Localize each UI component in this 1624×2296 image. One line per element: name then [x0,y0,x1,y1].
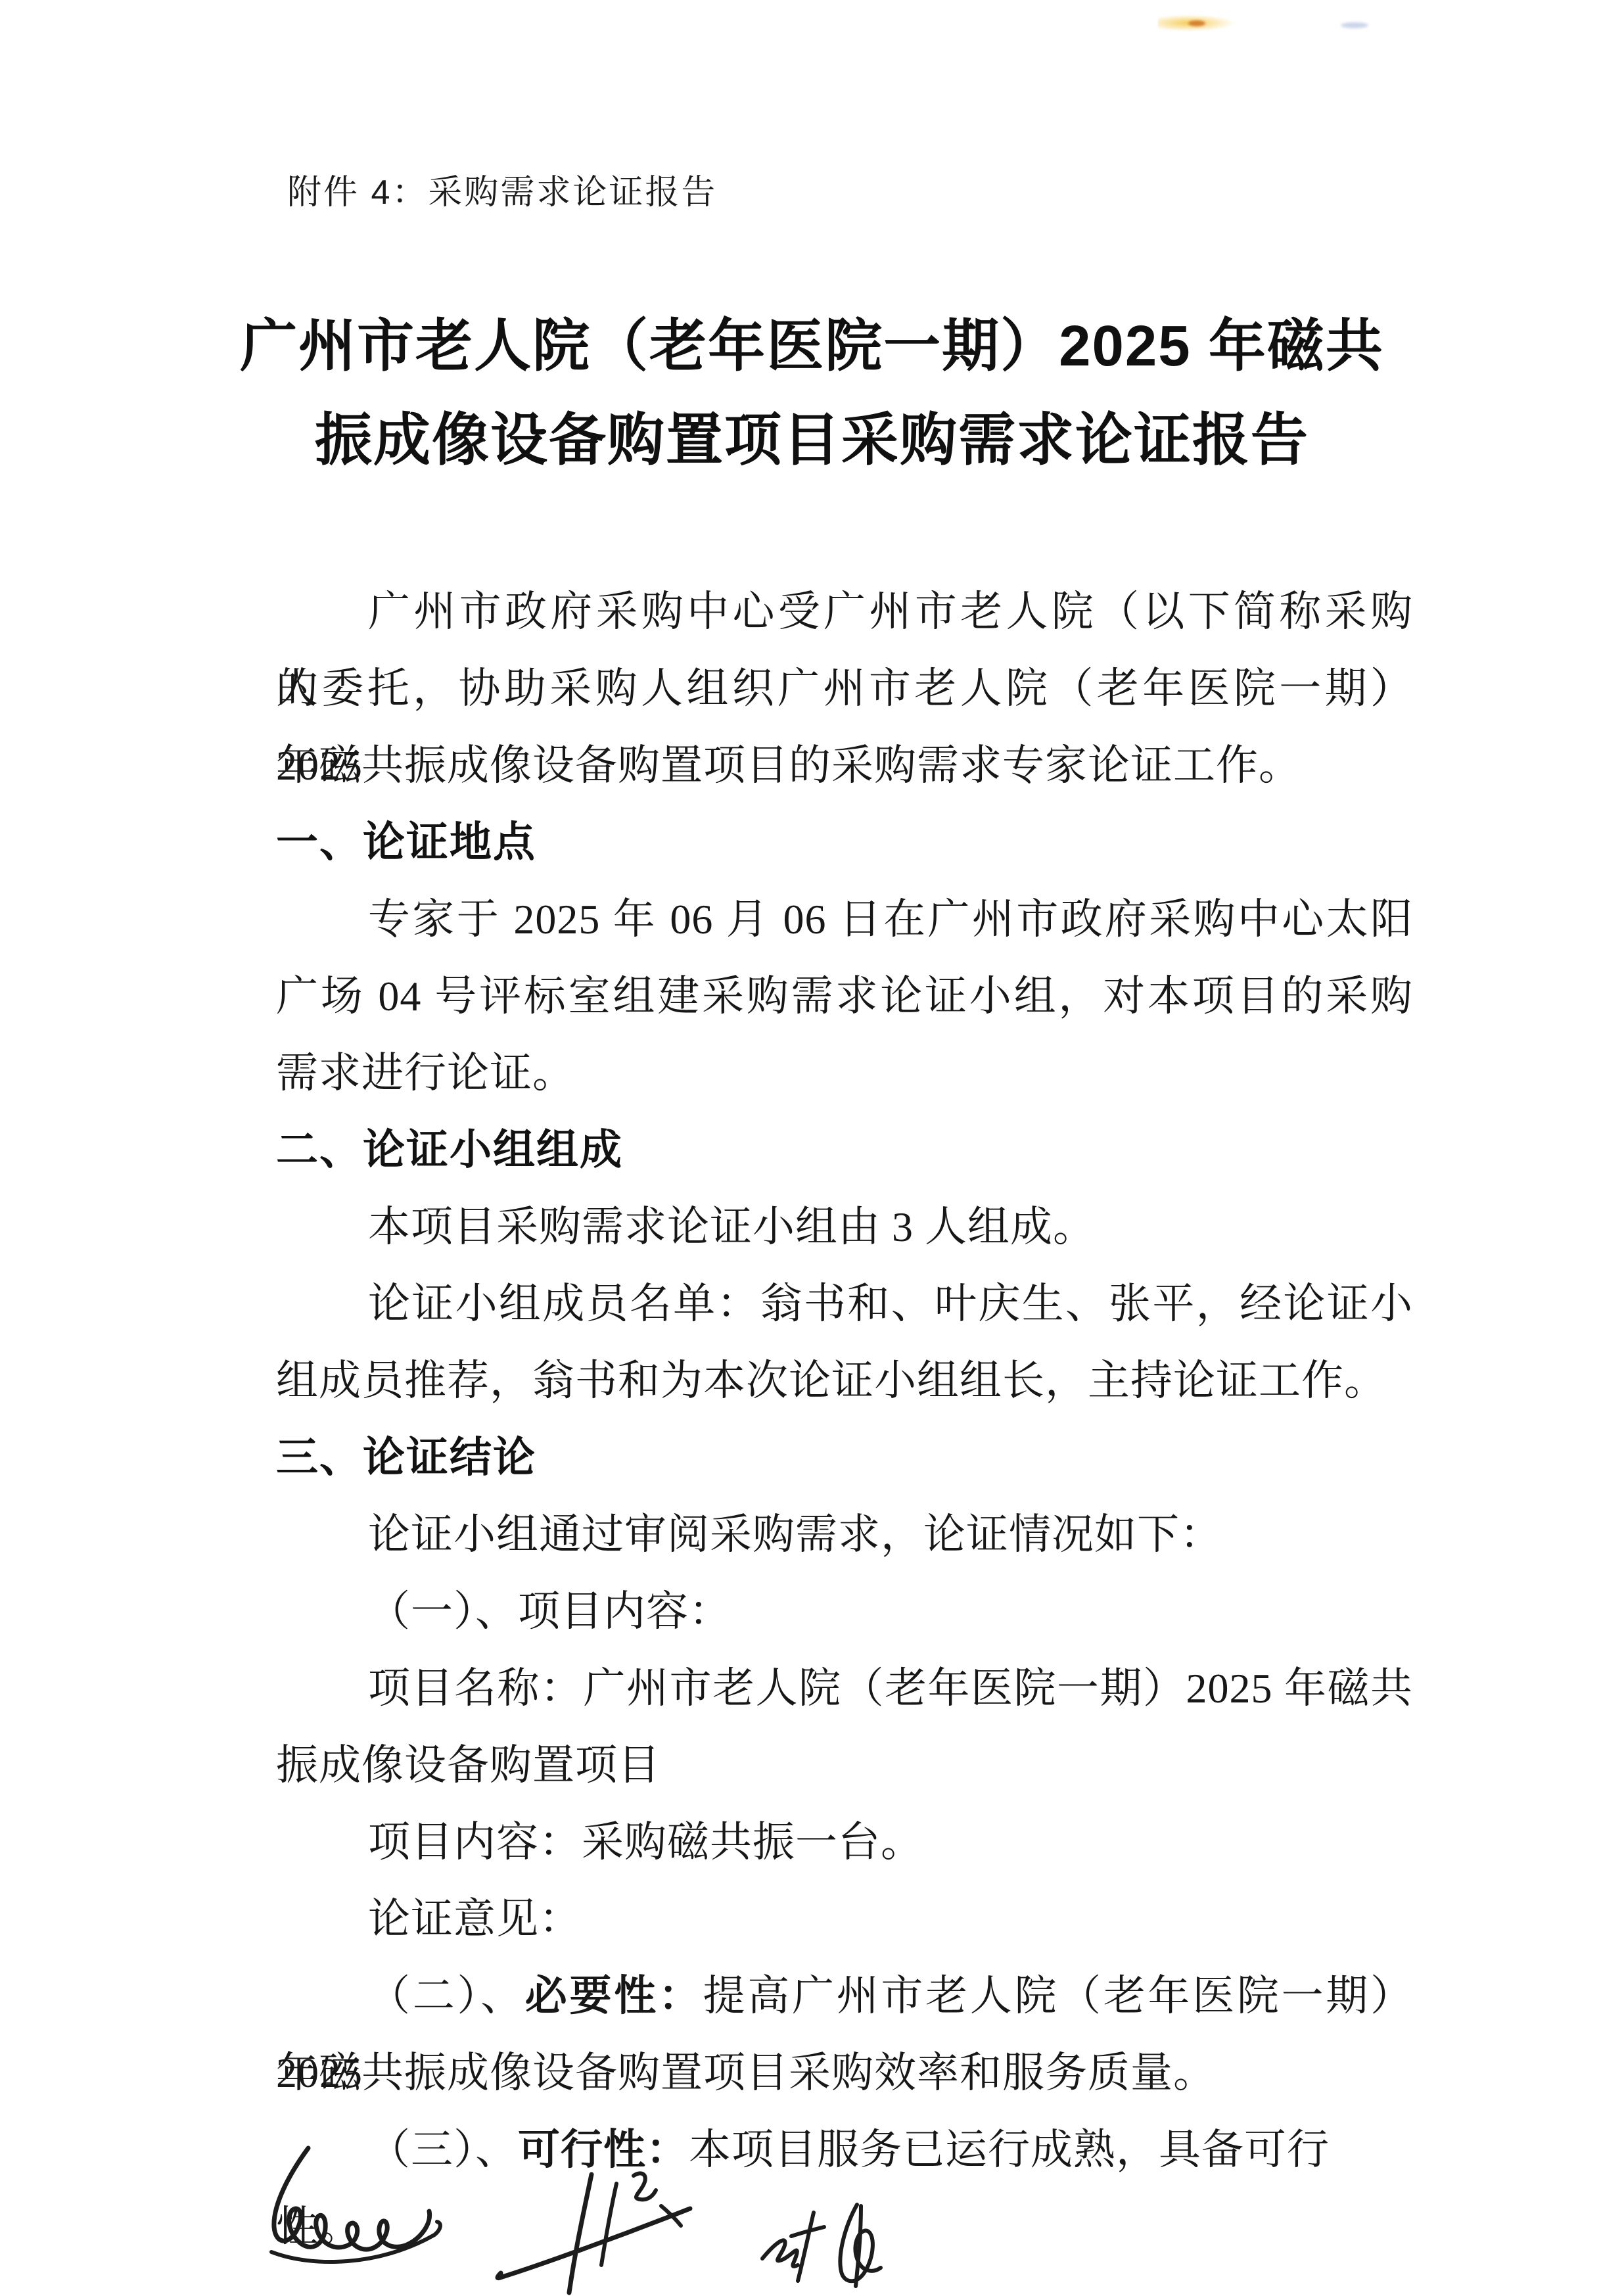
emphasis-text: 三、论证结论 [276,1434,536,1481]
document-page: 附件 4：采购需求论证报告 广州市老人院（老年医院一期）2025 年磁共 振成像… [0,0,1624,2296]
text-line: 振成像设备购置项目 [276,1727,1413,1804]
scan-smudge-speck [1188,20,1205,26]
line-text: 专家于 2025 年 06 月 06 日在广州市政府采购中心太阳 [368,896,1413,943]
line-text: （二）、 [368,1973,525,2019]
line-text: 论证意见： [368,1896,582,1942]
emphasis-text: 二、论证小组组成 [276,1126,623,1173]
attachment-label: 附件 4：采购需求论证报告 [287,168,717,217]
line-text: 论证小组通过审阅采购需求，论证情况如下： [368,1511,1222,1558]
document-body: 广州市政府采购中心受广州市老人院（以下简称采购人）的委托，协助采购人组织广州市老… [276,573,1413,2188]
emphasis-text: 必要性： [525,1973,703,2019]
text-line: （二）、必要性：提高广州市老人院（老年医院一期）2025 [276,1957,1413,2034]
text-line: 组成员推荐，翁书和为本次论证小组组长，主持论证工作。 [276,1342,1413,1419]
line-text: 本项目采购需求论证小组由 3 人组成。 [368,1204,1096,1250]
handwritten-signature-1 [260,2144,453,2276]
text-line: 项目内容：采购磁共振一台。 [276,1804,1413,1881]
document-title-line-1: 广州市老人院（老年医院一期）2025 年磁共 [99,299,1525,393]
line-text: 项目内容：采购磁共振一台。 [368,1819,923,1865]
text-line: 论证小组成员名单：翁书和、叶庆生、张平，经论证小 [276,1265,1413,1342]
text-line: 年磁共振成像设备购置项目的采购需求专家论证工作。 [276,727,1413,804]
line-text: 年磁共振成像设备购置项目采购效率和服务质量。 [276,2050,1216,2096]
line-text: 需求进行论证。 [276,1050,575,1096]
text-line: 本项目采购需求论证小组由 3 人组成。 [276,1188,1413,1265]
handwritten-signature-2 [492,2167,699,2295]
line-text: （一）、项目内容： [368,1588,731,1635]
text-line: 广州市政府采购中心受广州市老人院（以下简称采购人） [276,573,1413,650]
text-line: 论证意见： [276,1881,1413,1957]
text-line: （一）、项目内容： [276,1573,1413,1650]
section-heading: 三、论证结论 [276,1419,1413,1496]
line-text: 组成员推荐，翁书和为本次论证小组组长，主持论证工作。 [276,1357,1387,1404]
section-heading: 一、论证地点 [276,804,1413,881]
text-line: 广场 04 号评标室组建采购需求论证小组，对本项目的采购 [276,958,1413,1035]
line-text: 广场 04 号评标室组建采购需求论证小组，对本项目的采购 [276,973,1413,1019]
document-title: 广州市老人院（老年医院一期）2025 年磁共 振成像设备购置项目采购需求论证报告 [99,299,1525,487]
scan-speck-artifact [1341,22,1368,28]
section-heading: 二、论证小组组成 [276,1112,1413,1188]
text-line: 的委托，协助采购人组织广州市老人院（老年医院一期）2025 [276,650,1413,727]
document-title-line-2: 振成像设备购置项目采购需求论证报告 [99,393,1525,487]
line-text: 项目名称：广州市老人院（老年医院一期）2025 年磁共 [368,1665,1413,1712]
text-line: 需求进行论证。 [276,1035,1413,1112]
text-line: 专家于 2025 年 06 月 06 日在广州市政府采购中心太阳 [276,881,1413,958]
text-line: 项目名称：广州市老人院（老年医院一期）2025 年磁共 [276,1650,1413,1727]
line-text: 振成像设备购置项目 [276,1742,661,1789]
text-line: 年磁共振成像设备购置项目采购效率和服务质量。 [276,2034,1413,2111]
scan-smudge-artifact [1158,14,1236,32]
handwritten-signature-3 [757,2194,892,2289]
line-text: 年磁共振成像设备购置项目的采购需求专家论证工作。 [276,742,1301,789]
emphasis-text: 一、论证地点 [276,818,536,866]
text-line: 论证小组通过审阅采购需求，论证情况如下： [276,1496,1413,1573]
line-text: 论证小组成员名单：翁书和、叶庆生、张平，经论证小 [368,1280,1413,1327]
